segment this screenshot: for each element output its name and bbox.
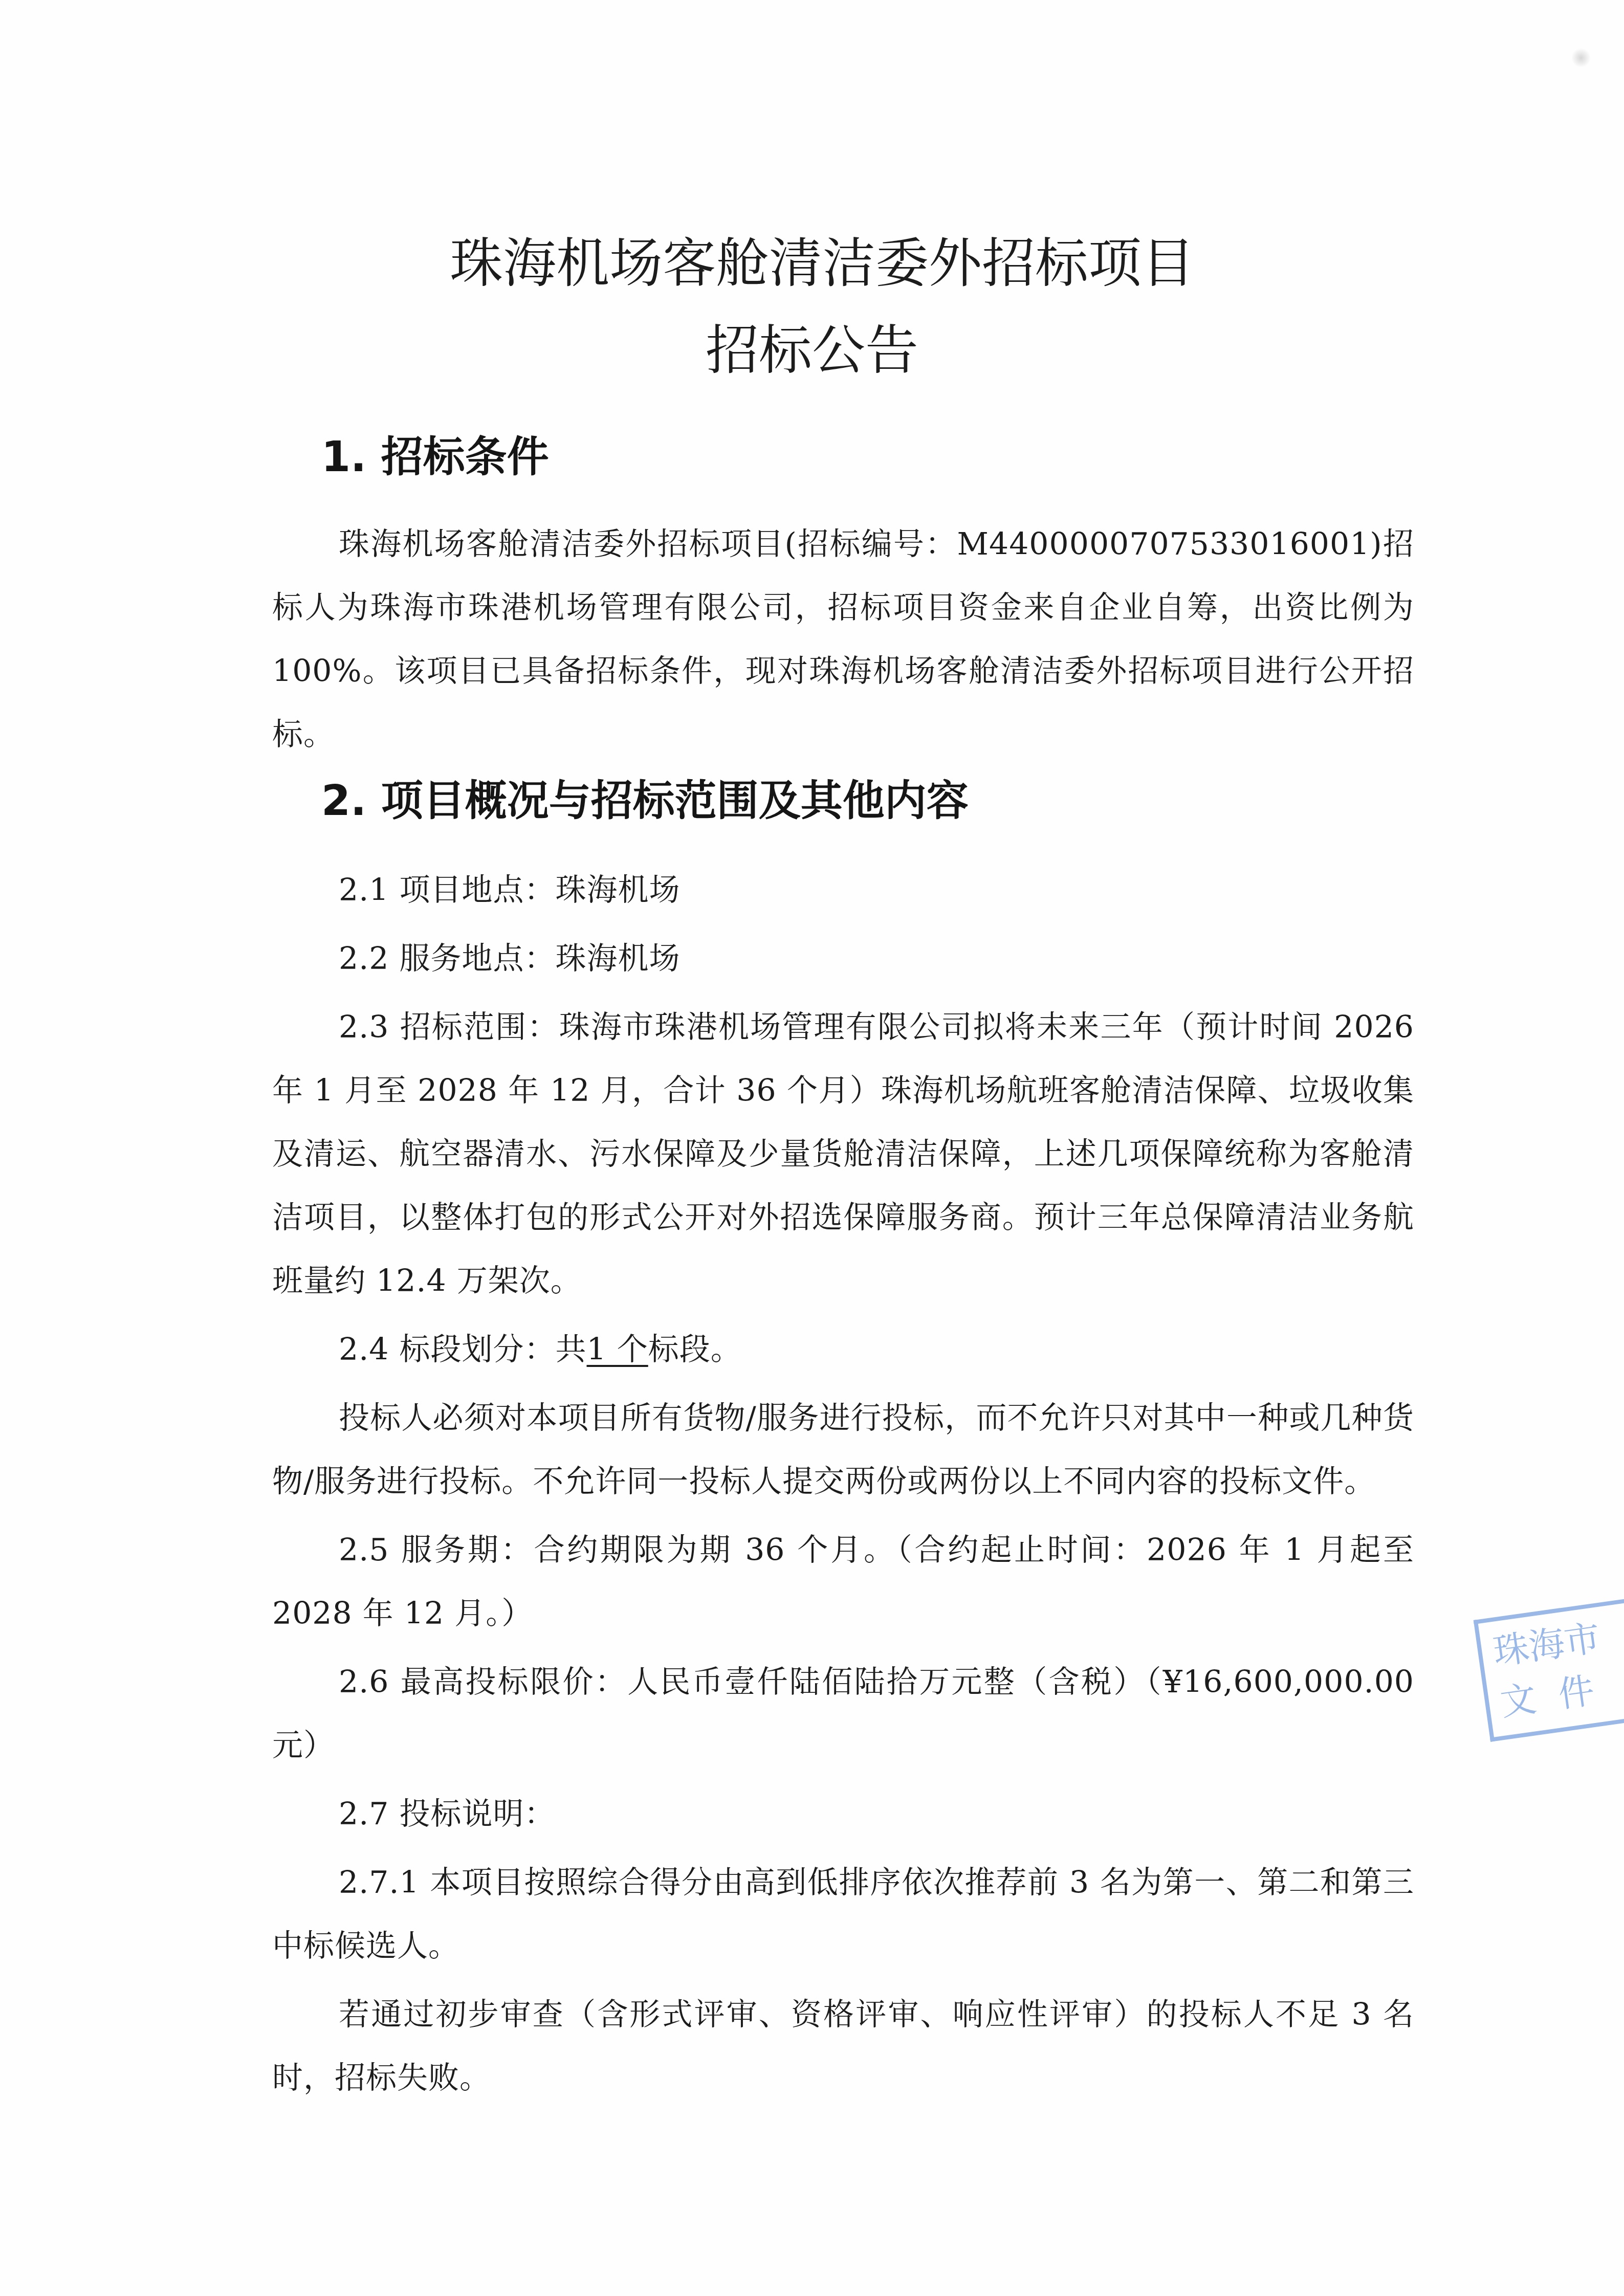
document-body: 1. 招标条件 珠海机场客舱清洁委外招标项目(招标编号：M44000007075… bbox=[272, 426, 1414, 2110]
section-1-heading: 1. 招标条件 bbox=[272, 426, 1414, 489]
official-seal-stamp: 珠海市 文 件 bbox=[1474, 1599, 1624, 1741]
document-title: 珠海机场客舱清洁委外招标项目 招标公告 bbox=[0, 220, 1624, 394]
item-2-4-lot-division: 2.4 标段划分：共1 个标段。 bbox=[272, 1318, 1414, 1381]
lot-division-suffix: 标段。 bbox=[648, 1332, 742, 1367]
item-2-7-1-ranking-rule: 2.7.1 本项目按照综合得分由高到低排序依次推荐前 3 名为第一、第二和第三中… bbox=[272, 1851, 1414, 1978]
item-2-7-bid-instructions: 2.7 投标说明： bbox=[272, 1782, 1414, 1846]
scan-artifact bbox=[1571, 49, 1591, 67]
item-2-4-bidding-requirement: 投标人必须对本项目所有货物/服务进行投标，而不允许只对其中一种或几种货物/服务进… bbox=[272, 1386, 1414, 1513]
section-1-paragraph: 珠海机场客舱清洁委外招标项目(招标编号：M4400000707533016001… bbox=[272, 513, 1414, 766]
section-2-heading: 2. 项目概况与招标范围及其他内容 bbox=[272, 769, 1414, 833]
lot-count: 1 个 bbox=[587, 1332, 648, 1367]
item-2-1-project-location: 2.1 项目地点：珠海机场 bbox=[272, 858, 1414, 922]
lot-division-prefix: 2.4 标段划分：共 bbox=[339, 1332, 587, 1367]
item-2-3-bid-scope: 2.3 招标范围：珠海市珠港机场管理有限公司拟将未来三年（预计时间 2026 年… bbox=[272, 996, 1414, 1313]
document-page: 珠海机场客舱清洁委外招标项目 招标公告 1. 招标条件 珠海机场客舱清洁委外招标… bbox=[0, 0, 1624, 2296]
item-2-7-failure-condition: 若通过初步审查（含形式评审、资格评审、响应性评审）的投标人不足 3 名时，招标失… bbox=[272, 1983, 1414, 2110]
item-2-2-service-location: 2.2 服务地点：珠海机场 bbox=[272, 927, 1414, 990]
item-2-6-max-bid-price: 2.6 最高投标限价：人民币壹仟陆佰陆拾万元整（含税）（¥16,600,000.… bbox=[272, 1650, 1414, 1777]
title-line-2: 招标公告 bbox=[0, 307, 1624, 394]
item-2-5-service-period: 2.5 服务期：合约期限为期 36 个月。（合约起止时间：2026 年 1 月起… bbox=[272, 1518, 1414, 1645]
title-line-1: 珠海机场客舱清洁委外招标项目 bbox=[0, 220, 1624, 307]
